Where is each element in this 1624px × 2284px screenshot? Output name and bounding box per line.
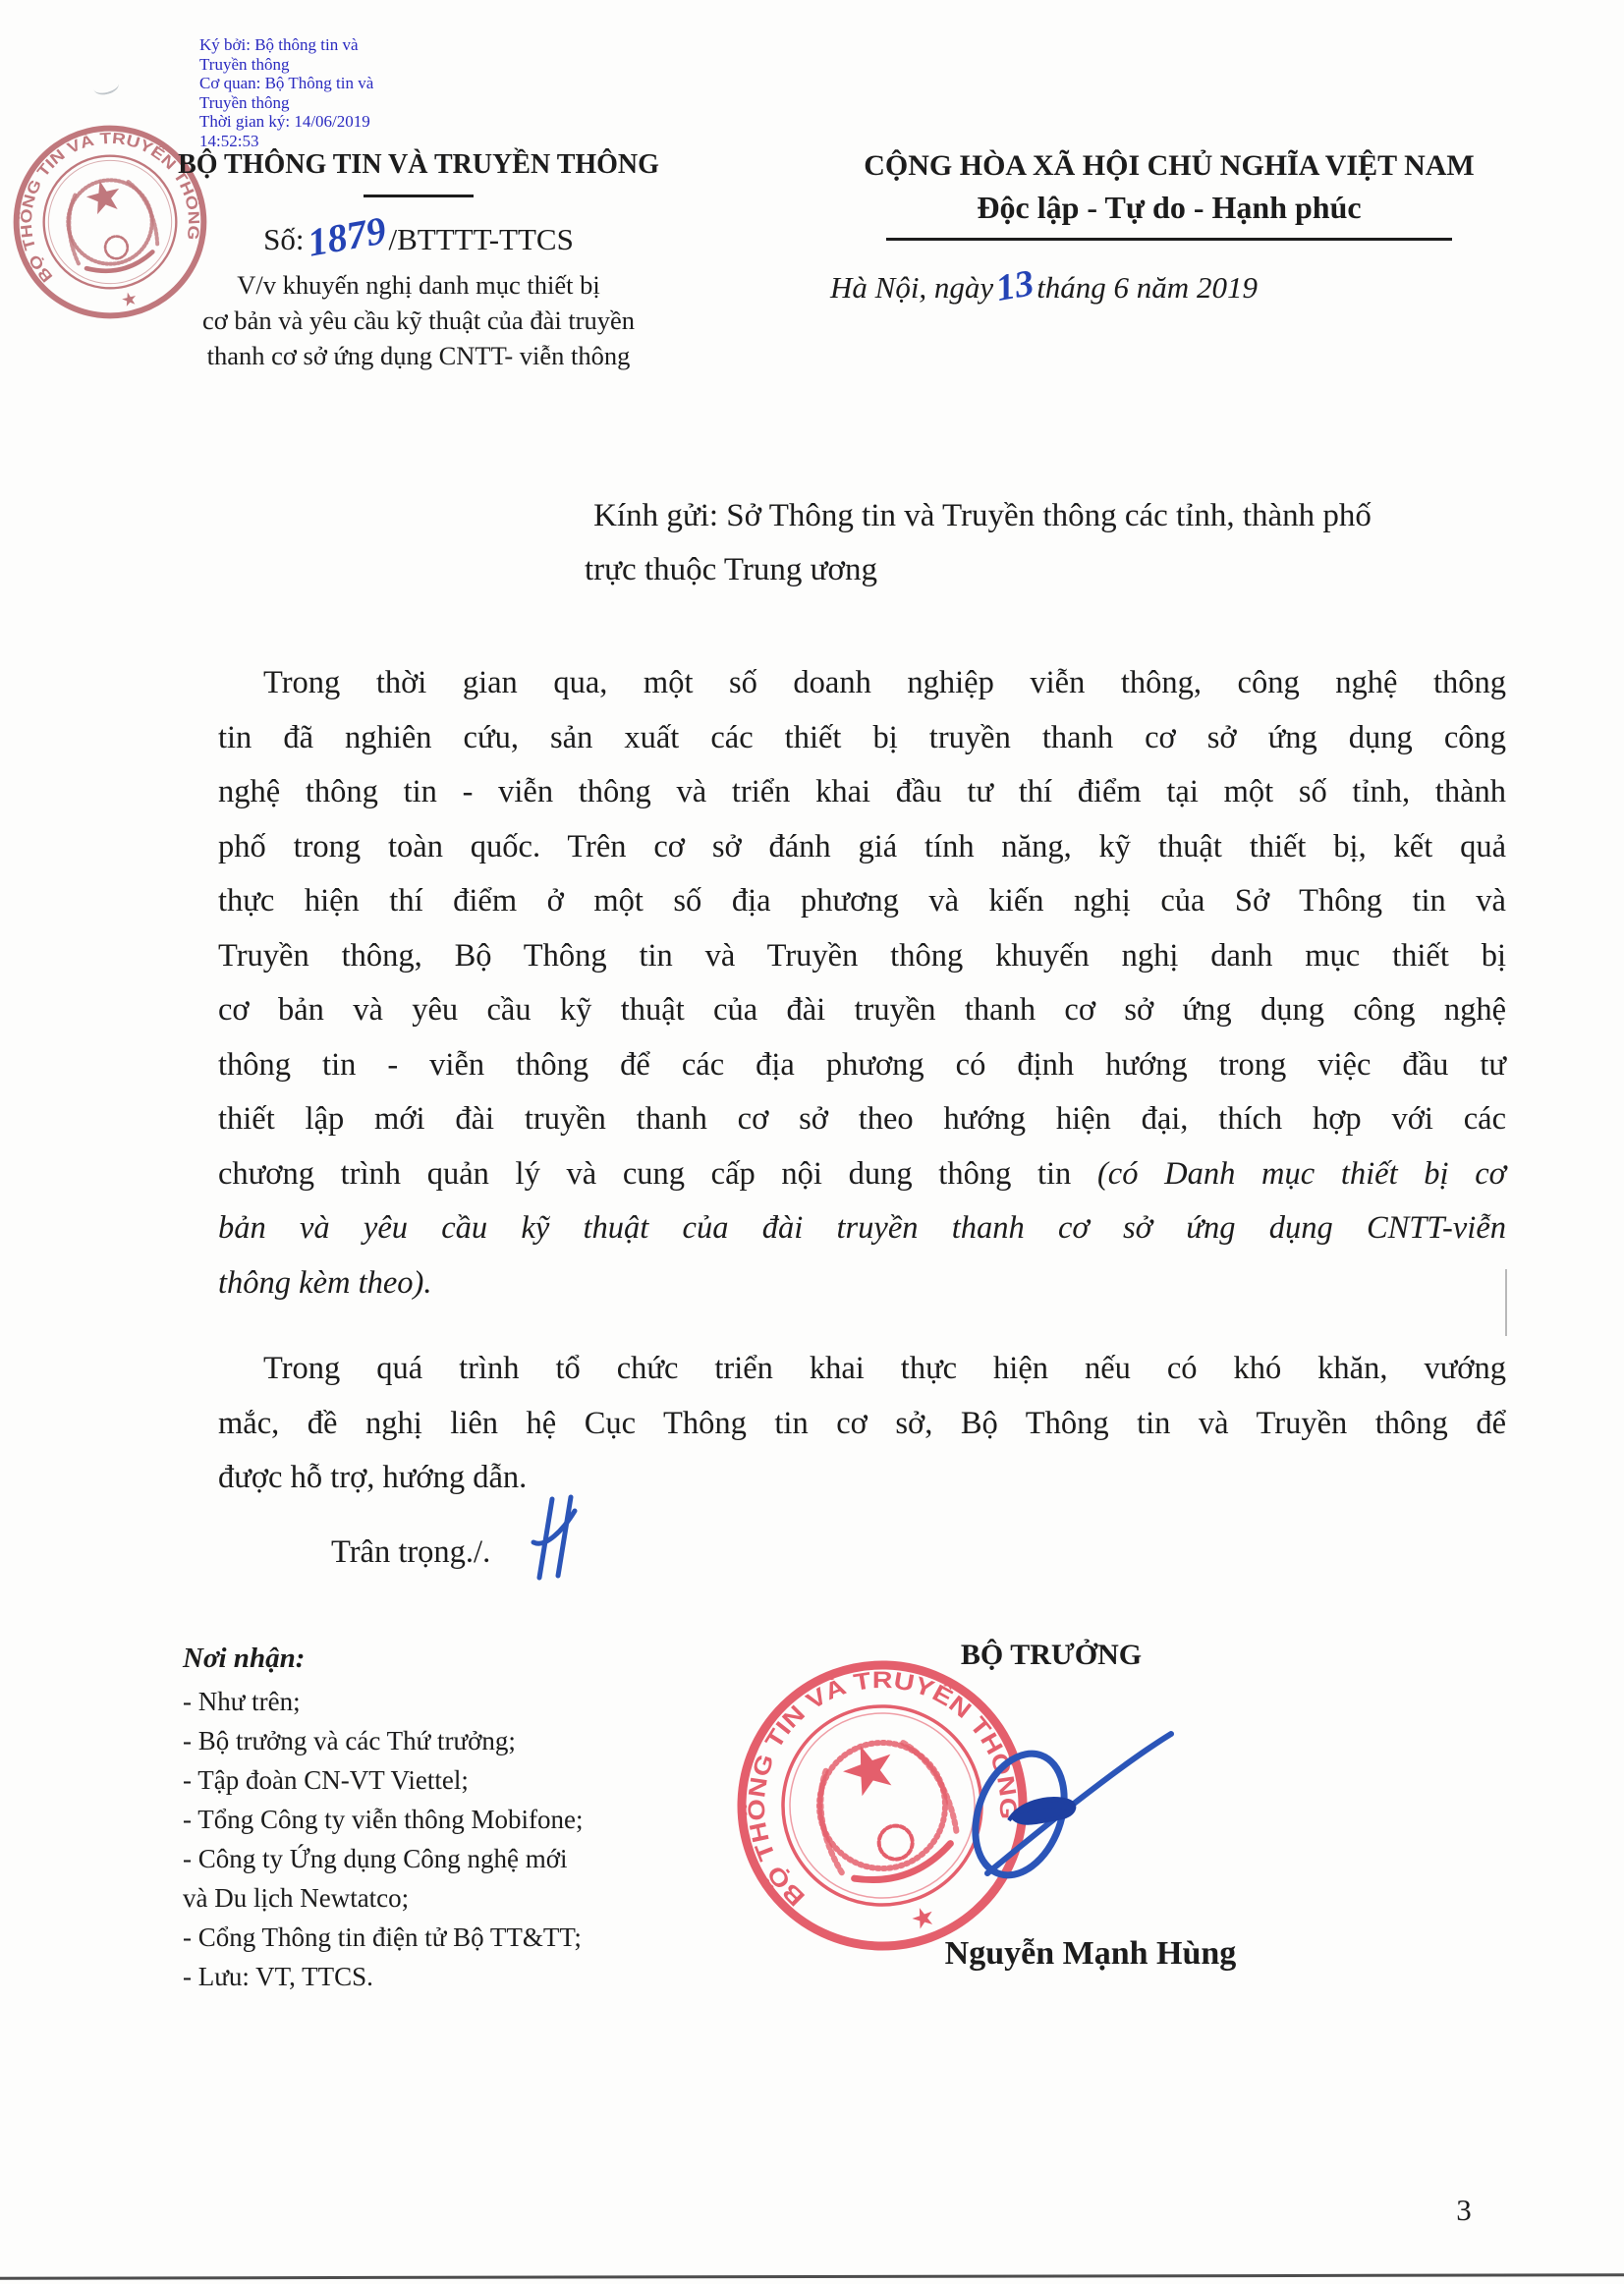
letter-body: Trong thời gian qua, một số doanh nghiệp… xyxy=(218,656,1506,1580)
place-date-line: Hà Nội, ngày13tháng 6 năm 2019 xyxy=(806,264,1533,307)
recipients-block: Nơi nhận: - Như trên;- Bộ trưởng và các … xyxy=(183,1639,733,1996)
minister-signature-icon xyxy=(958,1714,1194,1891)
recipient-item: - Cổng Thông tin điện tử Bộ TT&TT; xyxy=(183,1918,733,1957)
place-date-suffix: tháng 6 năm 2019 xyxy=(1036,270,1258,305)
body-line: Trong quá trình tổ chức triển khai thực … xyxy=(218,1342,1506,1397)
handwritten-initial-icon xyxy=(528,1489,579,1584)
motto-underline xyxy=(886,238,1452,241)
seal-star-divider: ★ xyxy=(119,288,140,311)
national-header-block: CỘNG HÒA XÃ HỘI CHỦ NGHĨA VIỆT NAM Độc l… xyxy=(806,147,1533,307)
star-icon xyxy=(84,177,124,216)
salutation-line2: trực thuộc Trung ương xyxy=(452,543,1513,597)
body-line: nghệ thông tin - viễn thông và triển kha… xyxy=(218,765,1506,820)
page-number: 3 xyxy=(1434,2193,1493,2228)
recipients-list: - Như trên;- Bộ trưởng và các Thứ trưởng… xyxy=(183,1682,733,1996)
body-line: thiết lập mới đài truyền thanh cơ sở the… xyxy=(218,1092,1506,1147)
org-underline xyxy=(364,195,474,197)
scan-smudge xyxy=(91,76,120,97)
body-line: mắc, đề nghị liên hệ Cục Thông tin cơ sở… xyxy=(218,1397,1506,1452)
body-line: thông tin - viễn thông để các địa phương… xyxy=(218,1038,1506,1093)
paragraph: Trong quá trình tổ chức triển khai thực … xyxy=(218,1342,1506,1506)
recipient-item: - Như trên; xyxy=(183,1682,733,1721)
closing-phrase: Trân trọng./. xyxy=(218,1526,1506,1581)
nation-title: CỘNG HÒA XÃ HỘI CHỦ NGHĨA VIỆT NAM xyxy=(806,147,1533,185)
scanned-official-letter: Ký bởi: Bộ thông tin và Truyền thông Cơ … xyxy=(0,0,1624,2284)
doc-number-prefix: Số: xyxy=(263,222,304,256)
issuing-org-block: BỘ THÔNG TIN VÀ TRUYỀN THÔNG Số:1879/BTT… xyxy=(143,147,694,373)
doc-number-line: Số:1879/BTTTT-TTCS xyxy=(143,213,694,259)
body-line: bản và yêu cầu kỹ thuật của đài truyền t… xyxy=(218,1201,1506,1256)
doc-number-handwritten: 1879 xyxy=(304,206,389,265)
body-paragraphs: Trong thời gian qua, một số doanh nghiệp… xyxy=(218,656,1506,1506)
body-line: tin đã nghiên cứu, sản xuất các thiết bị… xyxy=(218,711,1506,766)
paragraph: Trong thời gian qua, một số doanh nghiệp… xyxy=(218,656,1506,1310)
salutation-line1: Kính gửi: Sở Thông tin và Truyền thông c… xyxy=(452,489,1513,543)
signer-title: BỘ TRƯỞNG xyxy=(825,1639,1277,1672)
body-line: Trong thời gian qua, một số doanh nghiệp… xyxy=(218,656,1506,711)
scan-edge-bottom xyxy=(0,2273,1624,2279)
body-line: chương trình quản lý và cung cấp nội dun… xyxy=(218,1147,1506,1202)
signer-name: Nguyễn Mạnh Hùng xyxy=(865,1935,1316,1973)
date-day-handwritten: 13 xyxy=(993,261,1037,310)
digital-signature-info: Ký bởi: Bộ thông tin và Truyền thông Cơ … xyxy=(199,35,524,150)
recipient-item: - Bộ trưởng và các Thứ trưởng; xyxy=(183,1721,733,1760)
star-icon xyxy=(837,1737,901,1799)
recipient-item: và Du lịch Newtatco; xyxy=(183,1878,733,1918)
body-line: thực hiện thí điểm ở một số địa phương v… xyxy=(218,874,1506,929)
doc-number-suffix: /BTTTT-TTCS xyxy=(389,222,574,256)
recipient-item: - Tổng Công ty viễn thông Mobifone; xyxy=(183,1800,733,1839)
salutation: Kính gửi: Sở Thông tin và Truyền thông c… xyxy=(452,489,1513,597)
body-line: Truyền thông, Bộ Thông tin và Truyền thô… xyxy=(218,929,1506,984)
org-name: BỘ THÔNG TIN VÀ TRUYỀN THÔNG xyxy=(143,147,694,183)
recipient-item: - Tập đoàn CN-VT Viettel; xyxy=(183,1760,733,1800)
recipient-item: - Công ty Ứng dụng Công nghệ mới xyxy=(183,1839,733,1878)
body-line: cơ bản và yêu cầu kỹ thuật của đài truyề… xyxy=(218,983,1506,1038)
place-date-prefix: Hà Nội, ngày xyxy=(830,270,993,305)
recipient-item: - Lưu: VT, TTCS. xyxy=(183,1957,733,1996)
seal-star-divider: ★ xyxy=(907,1900,940,1937)
doc-subject: V/v khuyến nghị danh mục thiết bị cơ bản… xyxy=(143,267,694,373)
scan-artifact-line xyxy=(1505,1269,1507,1336)
body-line: được hỗ trợ, hướng dẫn. xyxy=(218,1451,1506,1506)
recipients-title: Nơi nhận: xyxy=(183,1639,733,1678)
body-line: thông kèm theo). xyxy=(218,1256,1506,1311)
nation-motto: Độc lập - Tự do - Hạnh phúc xyxy=(806,187,1533,228)
body-line: phố trong toàn quốc. Trên cơ sở đánh giá… xyxy=(218,820,1506,875)
